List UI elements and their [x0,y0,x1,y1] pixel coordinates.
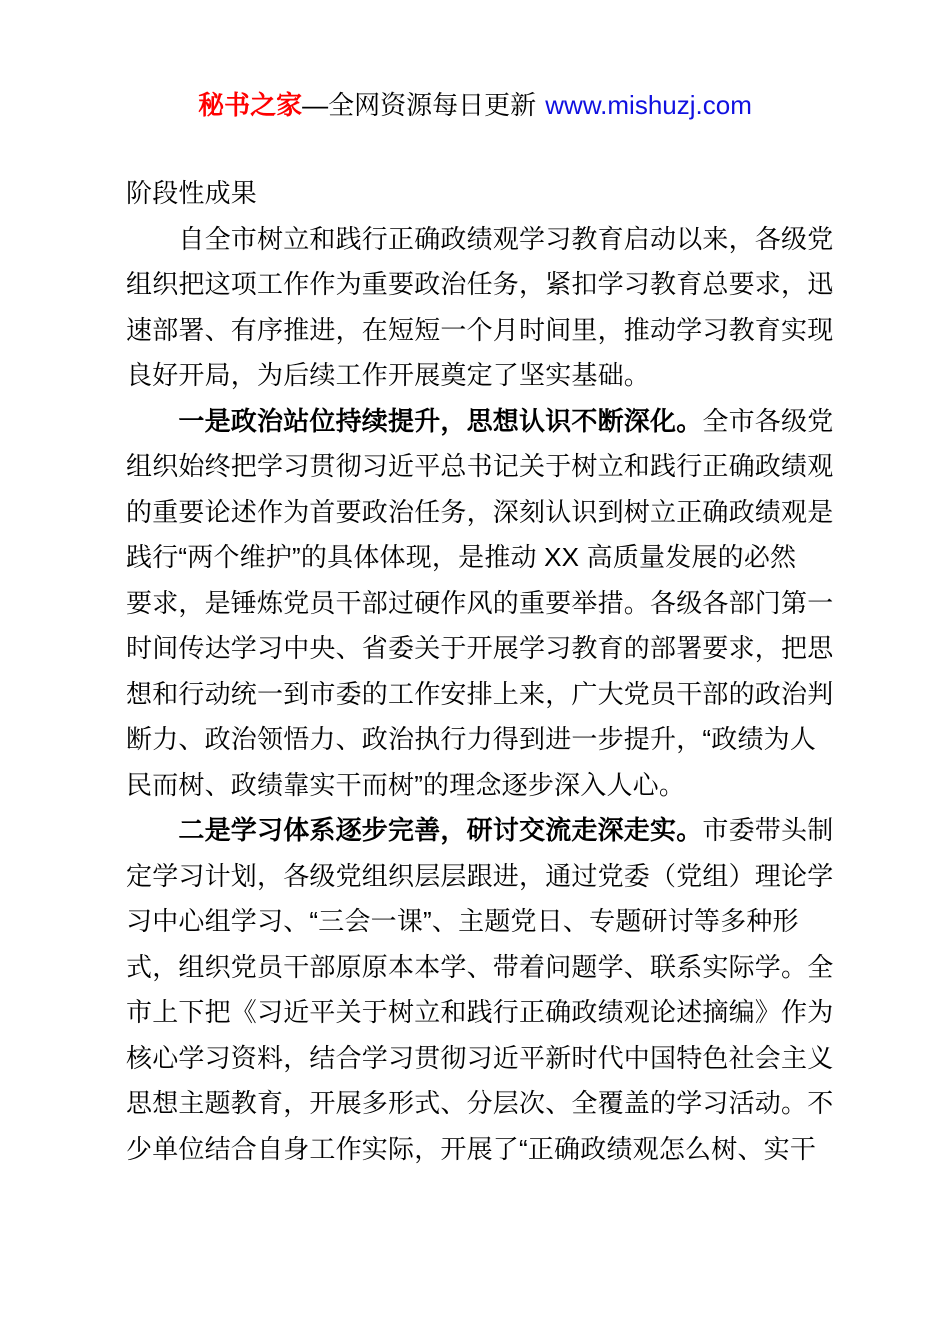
text-segment: 断力、政治领悟力、政治执行力得到进一步提升，“政绩为人 [126,724,816,754]
text-segment: 阶段性成果 [126,178,257,208]
text-segment: 组织始终把学习贯彻习近平总书记关于树立和践行正确政绩观 [126,451,833,481]
text-segment: 要求，是锤炼党员干部过硬作风的重要举措。各级各部门第一 [126,588,833,618]
text-segment: 定学习计划，各级党组织层层跟进，通过党委（党组）理论学 [126,861,833,891]
text-segment: 践行“两个维护”的具体体现，是推动 XX 高质量发展的必然 [126,542,796,572]
text-segment: 自全市树立和践行正确政绩观学习教育启动以来，各级党 [126,224,833,254]
text-segment: 少单位结合自身工作实际，开展了“正确政绩观怎么树、实干 [126,1134,816,1164]
text-line: 良好开局，为后续工作开展奠定了坚实基础。 [126,353,836,399]
text-segment: 市委带头制 [702,815,833,845]
text-line: 市上下把《习近平关于树立和践行正确政绩观论述摘编》作为 [126,990,836,1036]
text-segment: 良好开局，为后续工作开展奠定了坚实基础。 [126,360,650,390]
text-segment: 思想主题教育，开展多形式、分层次、全覆盖的学习活动。不 [126,1088,833,1118]
text-line: 组织把这项工作作为重要政治任务，紧扣学习教育总要求，迅 [126,262,836,308]
header-banner: 秘书之家—全网资源每日更新www.mishuzj.com [0,87,950,123]
text-line: 践行“两个维护”的具体体现，是推动 XX 高质量发展的必然 [126,535,836,581]
site-brand: 秘书之家 [198,90,302,120]
text-segment: 式，组织党员干部原原本本学、带着问题学、联系实际学。全 [126,952,833,982]
text-segment: 速部署、有序推进，在短短一个月时间里，推动学习教育实现 [126,315,833,345]
text-segment: 的重要论述作为首要政治任务，深刻认识到树立正确政绩观是 [126,497,833,527]
site-url-link[interactable]: www.mishuzj.com [545,90,752,120]
text-segment: 想和行动统一到市委的工作安排上来，广大党员干部的政治判 [126,679,833,709]
text-segment: 组织把这项工作作为重要政治任务，紧扣学习教育总要求，迅 [126,269,833,299]
bold-text-segment: 一是政治站位持续提升，思想认识不断深化。 [126,406,702,436]
text-line: 核心学习资料，结合学习贯彻习近平新时代中国特色社会主义 [126,1036,836,1082]
site-tagline: —全网资源每日更新 [302,90,536,120]
text-line: 民而树、政绩靠实干而树”的理念逐步深入人心。 [126,763,836,809]
text-segment: 民而树、政绩靠实干而树”的理念逐步深入人心。 [126,770,685,800]
text-line: 一是政治站位持续提升，思想认识不断深化。全市各级党 [126,399,836,445]
text-line: 要求，是锤炼党员干部过硬作风的重要举措。各级各部门第一 [126,581,836,627]
text-line: 速部署、有序推进，在短短一个月时间里，推动学习教育实现 [126,308,836,354]
document-page: 秘书之家—全网资源每日更新www.mishuzj.com 阶段性成果 自全市树立… [0,0,950,1344]
text-line: 式，组织党员干部原原本本学、带着问题学、联系实际学。全 [126,945,836,991]
text-line: 少单位结合自身工作实际，开展了“正确政绩观怎么树、实干 [126,1127,836,1173]
text-segment: 全市各级党 [702,406,833,436]
text-segment: 习中心组学习、“三会一课”、主题党日、专题研讨等多种形 [126,906,799,936]
text-line: 二是学习体系逐步完善，研讨交流走深走实。市委带头制 [126,808,836,854]
text-line: 定学习计划，各级党组织层层跟进，通过党委（党组）理论学 [126,854,836,900]
text-line: 组织始终把学习贯彻习近平总书记关于树立和践行正确政绩观 [126,444,836,490]
text-line: 时间传达学习中央、省委关于开展学习教育的部署要求，把思 [126,626,836,672]
text-line: 自全市树立和践行正确政绩观学习教育启动以来，各级党 [126,217,836,263]
text-segment: 市上下把《习近平关于树立和践行正确政绩观论述摘编》作为 [126,997,833,1027]
text-line: 的重要论述作为首要政治任务，深刻认识到树立正确政绩观是 [126,490,836,536]
bold-text-segment: 二是学习体系逐步完善，研讨交流走深走实。 [126,815,702,845]
text-segment: 核心学习资料，结合学习贯彻习近平新时代中国特色社会主义 [126,1043,833,1073]
text-line: 习中心组学习、“三会一课”、主题党日、专题研讨等多种形 [126,899,836,945]
text-segment: 时间传达学习中央、省委关于开展学习教育的部署要求，把思 [126,633,833,663]
text-line: 阶段性成果 [126,171,836,217]
text-line: 思想主题教育，开展多形式、分层次、全覆盖的学习活动。不 [126,1081,836,1127]
document-body: 阶段性成果 自全市树立和践行正确政绩观学习教育启动以来，各级党组织把这项工作作为… [126,171,836,1172]
text-line: 断力、政治领悟力、政治执行力得到进一步提升，“政绩为人 [126,717,836,763]
text-line: 想和行动统一到市委的工作安排上来，广大党员干部的政治判 [126,672,836,718]
